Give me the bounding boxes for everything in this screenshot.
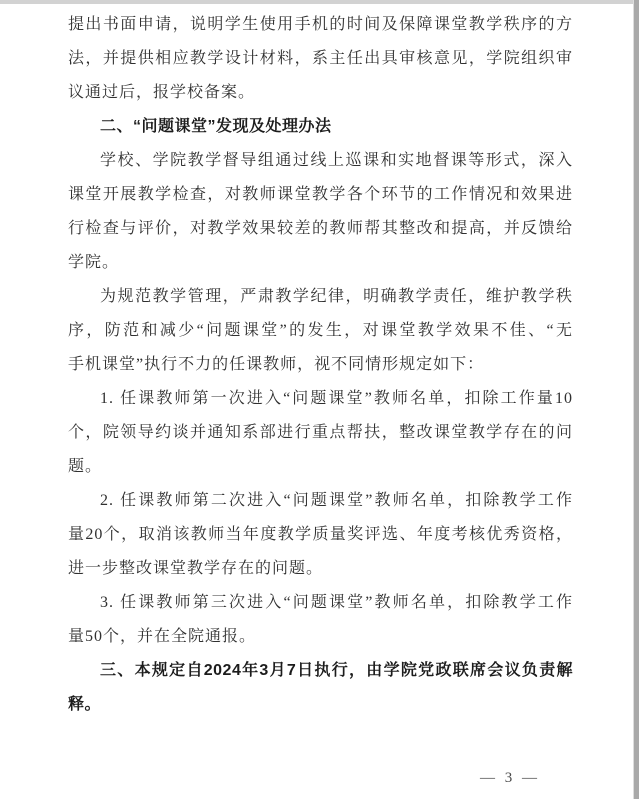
document-line: 序，防范和减少“问题课堂”的发生，对课堂教学效果不佳、“无	[68, 314, 573, 348]
document-line: 1. 任课教师第一次进入“问题课堂”教师名单，扣除工作量10	[68, 382, 573, 416]
document-line: 量50个，并在全院通报。	[68, 620, 573, 654]
heading-line: 三、本规定自2024年3月7日执行，由学院党政联席会议负责解	[68, 654, 573, 688]
document-line: 学校、学院教学督导组通过线上巡课和实地督课等形式，深入	[68, 144, 573, 178]
scan-top-edge	[0, 0, 639, 4]
heading-line: 二、“问题课堂”发现及处理办法	[68, 110, 573, 144]
document-line: 议通过后，报学校备案。	[68, 76, 573, 110]
scan-right-edge	[633, 0, 639, 799]
document-line: 法，并提供相应教学设计材料，系主任出具审核意见，学院组织审	[68, 42, 573, 76]
document-line: 2. 任课教师第二次进入“问题课堂”教师名单，扣除教学工作	[68, 484, 573, 518]
document-line: 行检查与评价，对教学效果较差的教师帮其整改和提高，并反馈给	[68, 212, 573, 246]
document-line: 学院。	[68, 246, 573, 280]
document-line: 进一步整改课堂教学存在的问题。	[68, 552, 573, 586]
document-line: 手机课堂”执行不力的任课教师，视不同情形规定如下：	[68, 348, 573, 382]
document-line: 课堂开展教学检查，对教师课堂教学各个环节的工作情况和效果进	[68, 178, 573, 212]
document-line: 个，院领导约谈并通知系部进行重点帮扶，整改课堂教学存在的问	[68, 416, 573, 450]
document-line: 提出书面申请，说明学生使用手机的时间及保障课堂教学秩序的方	[68, 8, 573, 42]
document-line: 为规范教学管理，严肃教学纪律，明确教学责任，维护教学秩	[68, 280, 573, 314]
page-number: — 3 —	[480, 770, 540, 787]
heading-line: 释。	[68, 688, 573, 722]
document-line: 量20个，取消该教师当年度教学质量奖评选、年度考核优秀资格，	[68, 518, 573, 552]
scanned-document-page: { "colors": { "page_background": "#fffff…	[0, 0, 639, 799]
document-line: 题。	[68, 450, 573, 484]
document-body: 提出书面申请，说明学生使用手机的时间及保障课堂教学秩序的方法，并提供相应教学设计…	[68, 8, 573, 722]
document-line: 3. 任课教师第三次进入“问题课堂”教师名单，扣除教学工作	[68, 586, 573, 620]
